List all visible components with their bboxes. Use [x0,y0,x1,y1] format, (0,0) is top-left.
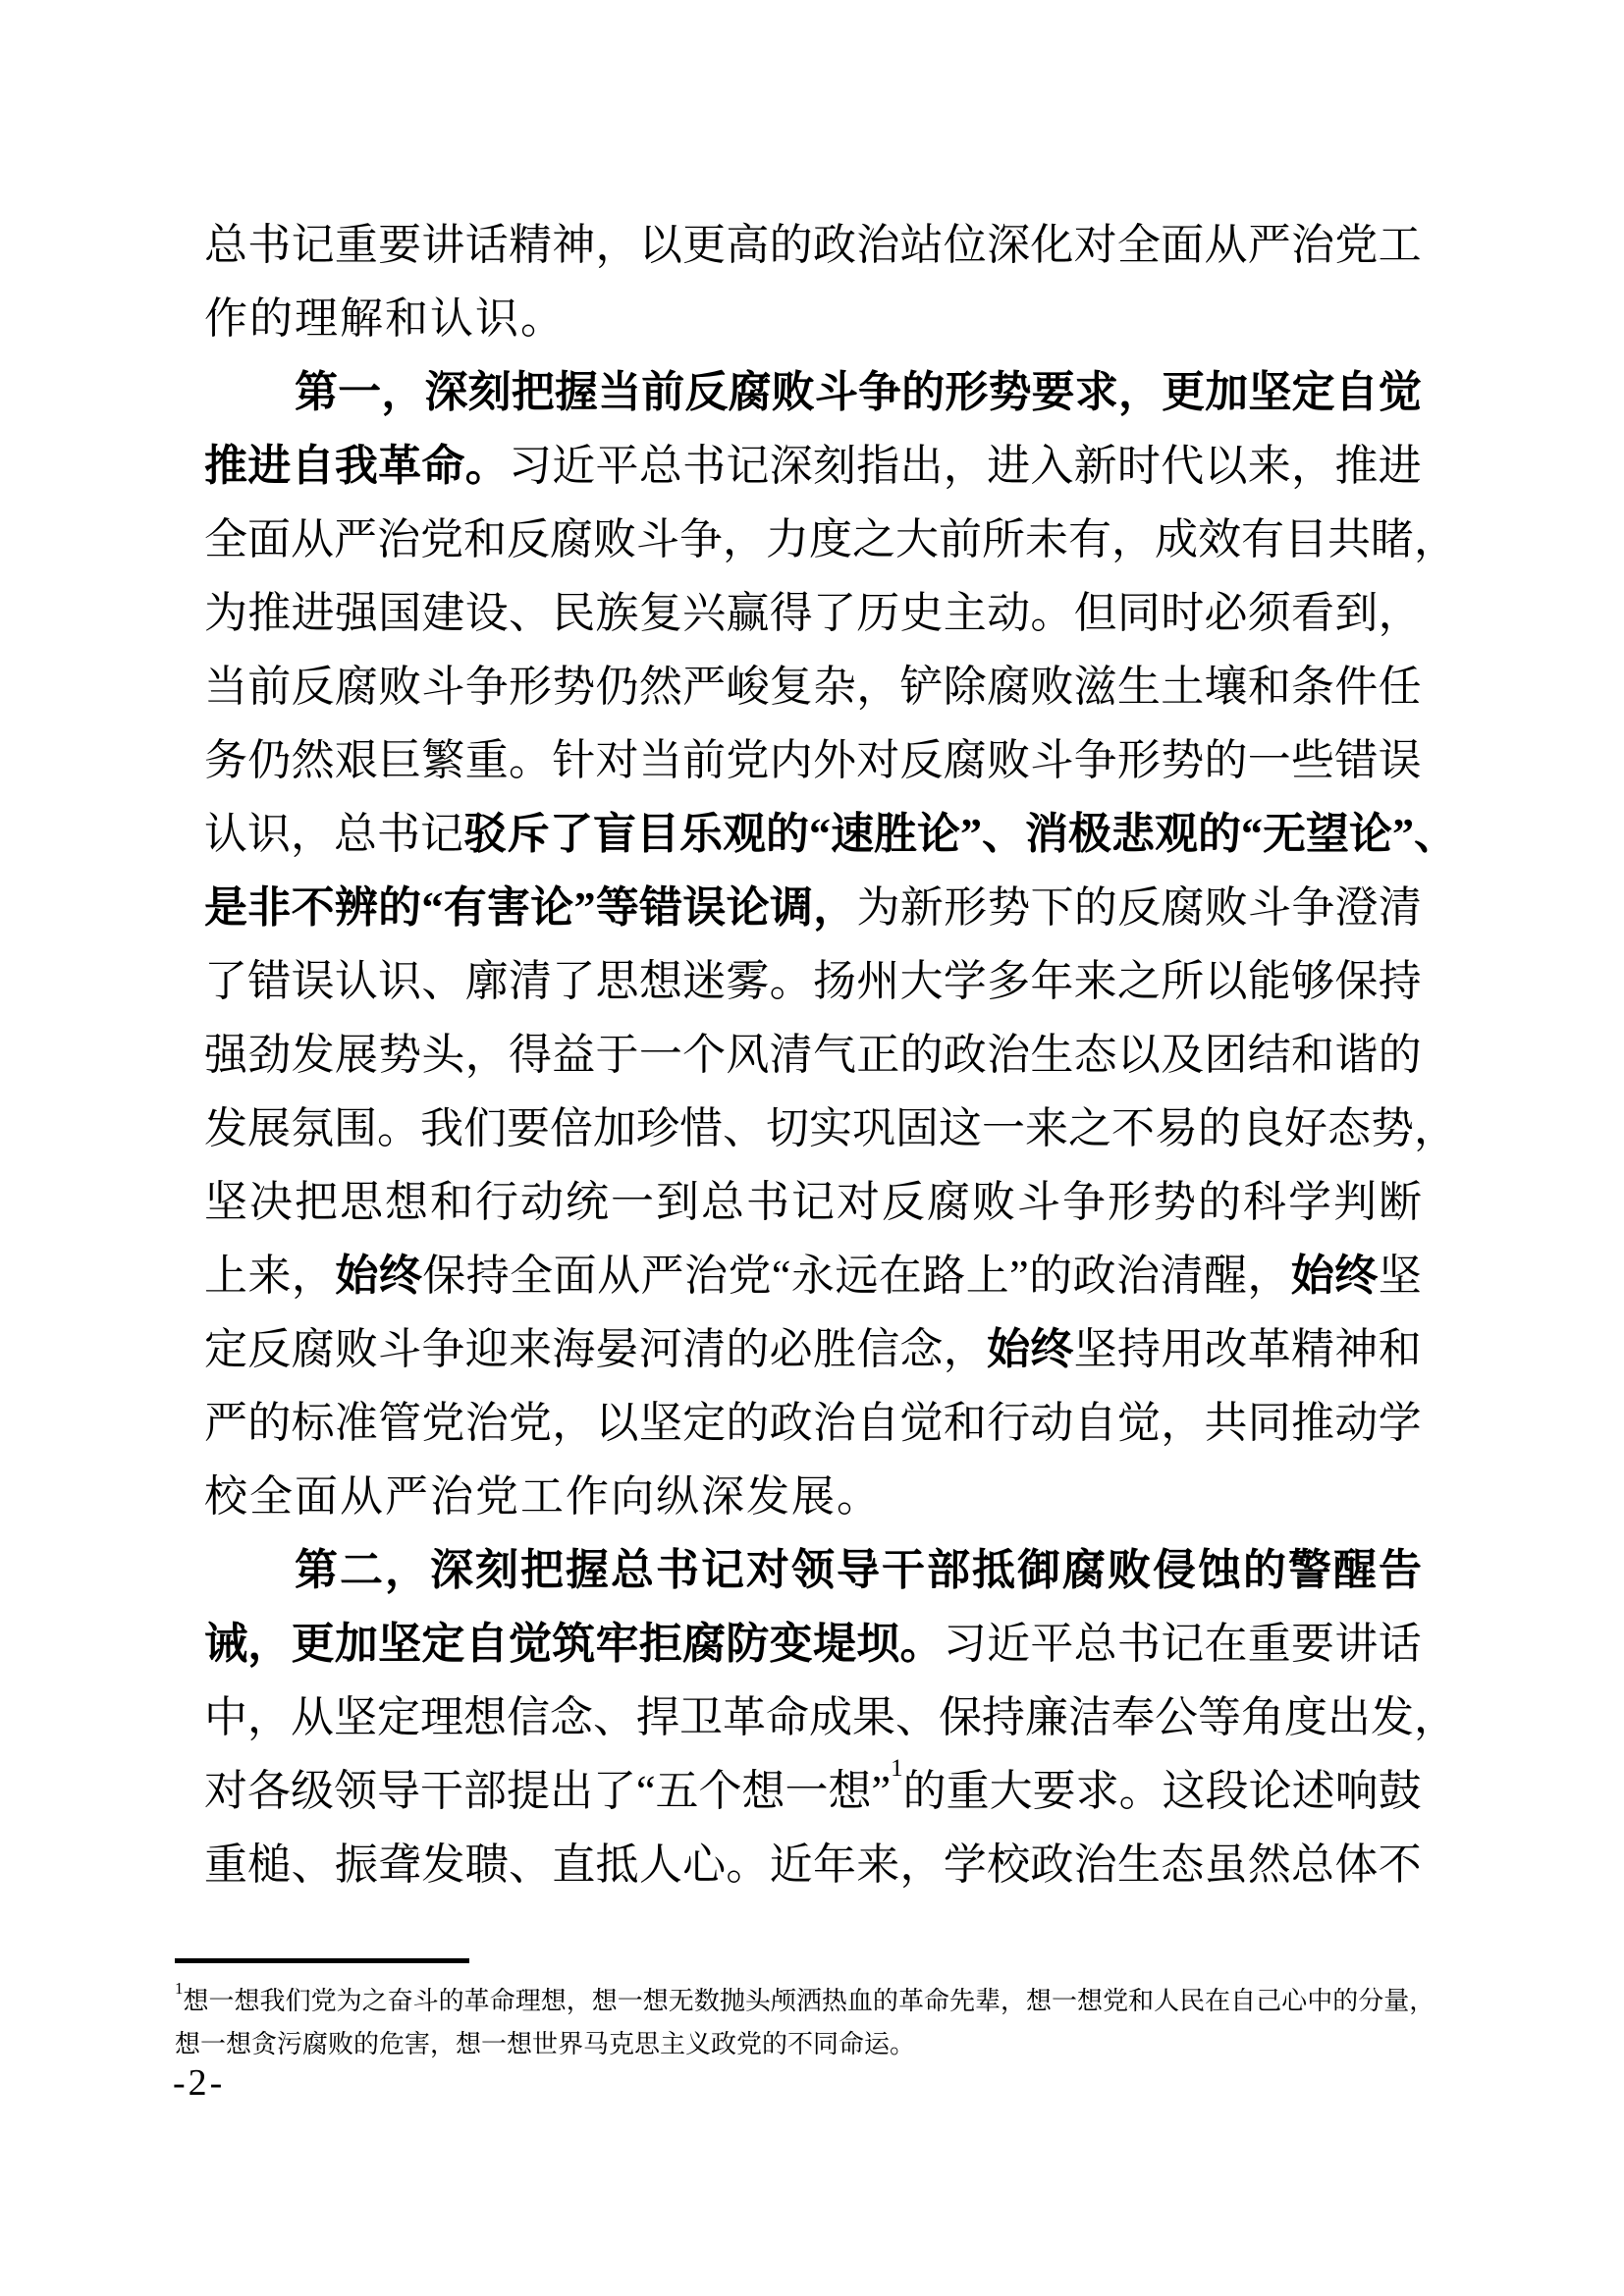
text-line: 务仍然艰巨繁重。针对当前党内外对反腐败斗争形势的一些错误 [204,733,1422,807]
text-line: 对各级领导干部提出了“五个想一想”1的重大要求。这段论述响鼓 [204,1764,1422,1838]
page-number: -2- [173,2061,225,2105]
text-line: 上来，始终保持全面从严治党“永远在路上”的政治清醒，始终坚 [204,1249,1422,1322]
text-line: 当前反腐败斗争形势仍然严峻复杂，铲除腐败滋生土壤和条件任 [204,660,1422,733]
text-line: 诫，更加坚定自觉筑牢拒腐防变堤坝。习近平总书记在重要讲话 [204,1617,1422,1690]
text-line: 第二，深刻把握总书记对领导干部抵御腐败侵蚀的警醒告 [295,1543,1422,1617]
document-page: 总书记重要讲话精神，以更高的政治站位深化对全面从严治党工作的理解和认识。第一，深… [0,0,1624,2296]
text-line: 认识，总书记驳斥了盲目乐观的“速胜论”、消极悲观的“无望论”、 [204,807,1422,881]
text-line: 严的标准管党治党，以坚定的政治自觉和行动自觉，共同推动学 [204,1396,1422,1469]
text-line: 是非不辨的“有害论”等错误论调，为新形势下的反腐败斗争澄清 [204,881,1422,954]
text-line: 定反腐败斗争迎来海晏河清的必胜信念，始终坚持用改革精神和 [204,1322,1422,1396]
footnote-line: 1想一想我们党为之奋斗的革命理想，想一想无数抛头颅洒热血的革命先辈，想一想党和人… [175,1985,1422,2028]
text-line: 作的理解和认识。 [204,292,1422,365]
text-line: 了错误认识、廓清了思想迷雾。扬州大学多年来之所以能够保持 [204,954,1422,1028]
text-line: 总书记重要讲话精神，以更高的政治站位深化对全面从严治党工 [204,218,1422,292]
text-line: 坚决把思想和行动统一到总书记对反腐败斗争形势的科学判断 [204,1175,1422,1249]
footnote-line: 想一想贪污腐败的危害，想一想世界马克思主义政党的不同命运。 [175,2028,1422,2071]
text-line: 重槌、振聋发聩、直抵人心。近年来，学校政治生态虽然总体不 [204,1838,1422,1911]
text-line: 强劲发展势头，得益于一个风清气正的政治生态以及团结和谐的 [204,1028,1422,1101]
text-line: 为推进强国建设、民族复兴赢得了历史主动。但同时必须看到， [204,586,1422,660]
text-line: 第一，深刻把握当前反腐败斗争的形势要求，更加坚定自觉 [295,365,1422,439]
text-line: 发展氛围。我们要倍加珍惜、切实巩固这一来之不易的良好态势， [204,1101,1422,1175]
text-line: 校全面从严治党工作向纵深发展。 [204,1469,1422,1543]
text-line: 中，从坚定理想信念、捍卫革命成果、保持廉洁奉公等角度出发， [204,1690,1422,1764]
text-line: 全面从严治党和反腐败斗争，力度之大前所未有，成效有目共睹， [204,512,1422,586]
text-line: 推进自我革命。习近平总书记深刻指出，进入新时代以来，推进 [204,439,1422,512]
footnote-separator [175,1958,469,1963]
